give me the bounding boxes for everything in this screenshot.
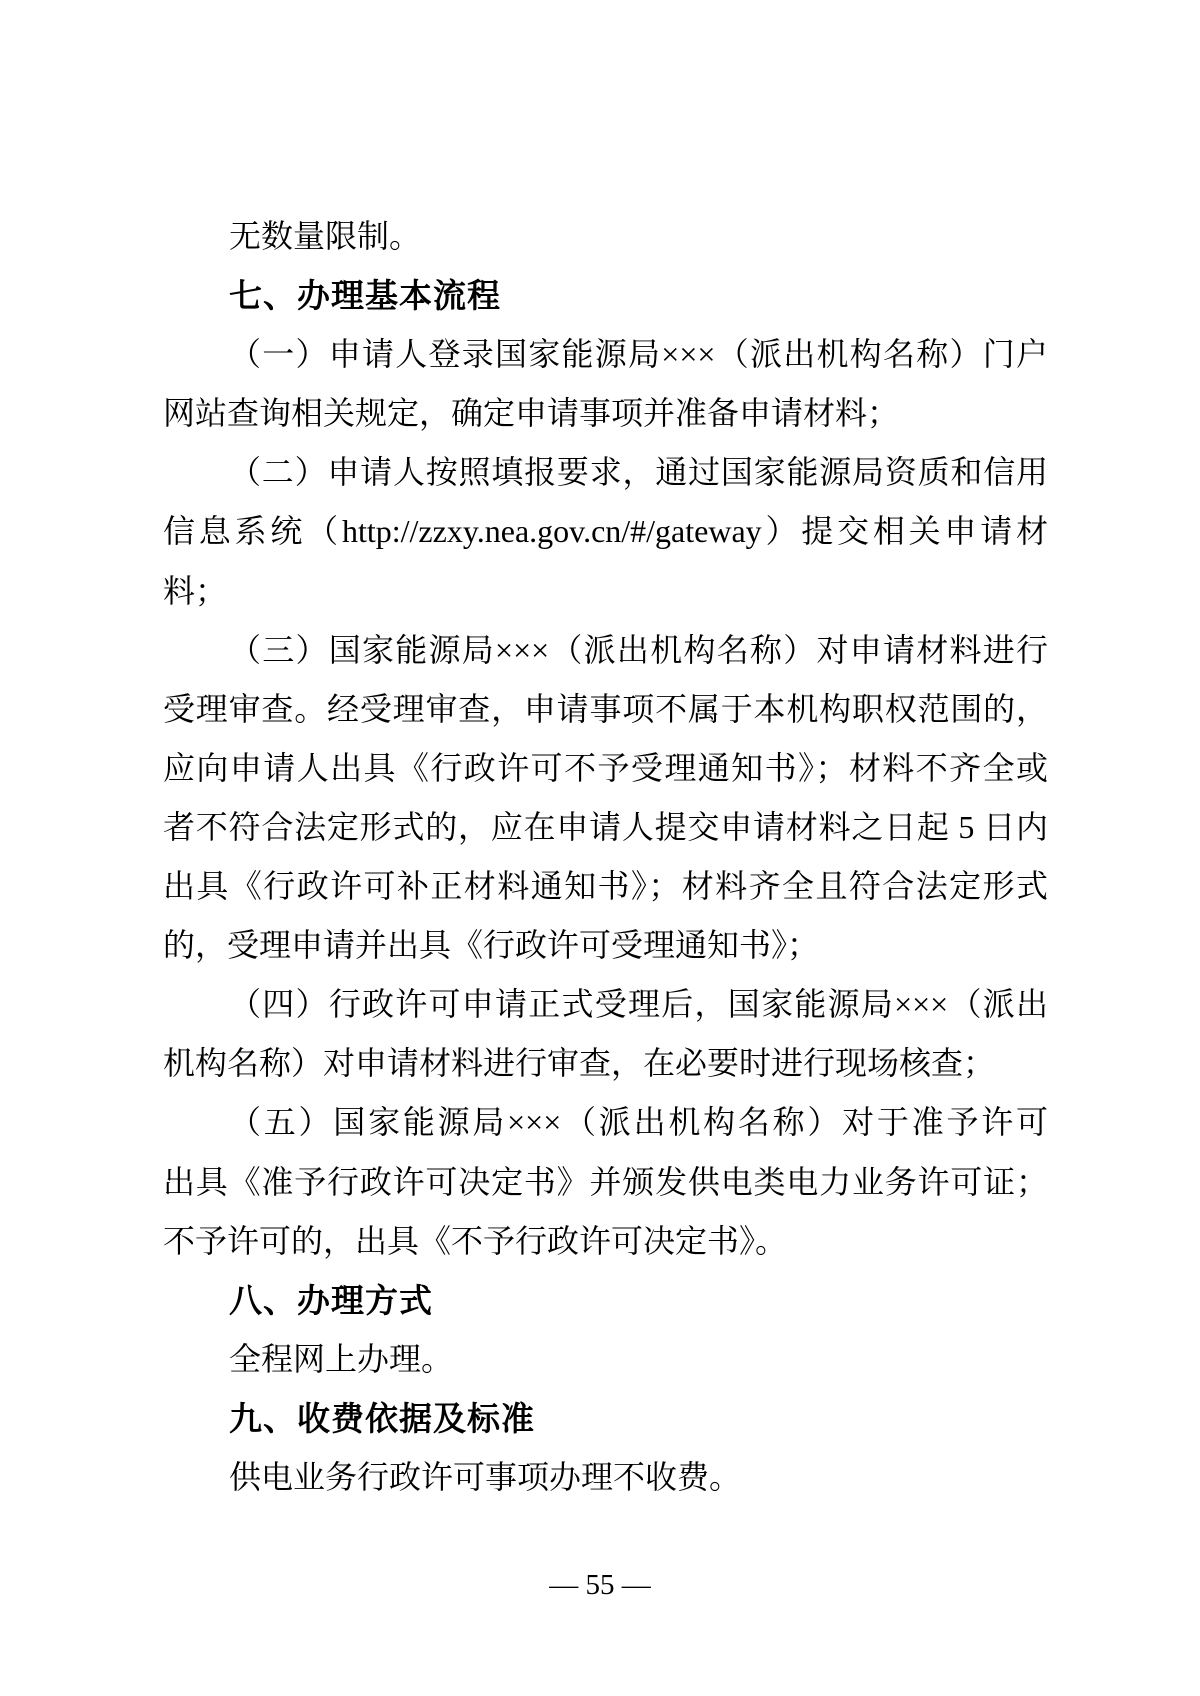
- section-heading: 九、收费依据及标准: [163, 1389, 1048, 1448]
- section-heading: 八、办理方式: [163, 1271, 1048, 1330]
- text-line: 应向申请人出具《行政许可不予受理通知书》；材料不齐全或: [163, 739, 1048, 798]
- text-line: 信息系统（http://zzxy.nea.gov.cn/#/gateway）提交…: [163, 502, 1048, 561]
- text-line: （二）申请人按照填报要求，通过国家能源局资质和信用: [163, 443, 1048, 502]
- text-line: 供电业务行政许可事项办理不收费。: [163, 1448, 1048, 1507]
- text-line: （五）国家能源局×××（派出机构名称）对于准予许可的，: [163, 1093, 1048, 1152]
- text-line: （四）行政许可申请正式受理后，国家能源局×××（派出: [163, 975, 1048, 1034]
- text-line: 受理审查。经受理审查，申请事项不属于本机构职权范围的，: [163, 680, 1048, 739]
- document-page: 无数量限制。七、办理基本流程（一）申请人登录国家能源局×××（派出机构名称）门户…: [0, 0, 1200, 1696]
- text-line: 网站查询相关规定，确定申请事项并准备申请材料；: [163, 384, 1048, 443]
- text-line: 出具《准予行政许可决定书》并颁发供电类电力业务许可证；: [163, 1153, 1048, 1212]
- text-line: 出具《行政许可补正材料通知书》；材料齐全且符合法定形式: [163, 857, 1048, 916]
- text-line: 无数量限制。: [163, 207, 1048, 266]
- page-number: — 55 —: [0, 1562, 1200, 1608]
- text-line: 者不符合法定形式的，应在申请人提交申请材料之日起 5 日内: [163, 798, 1048, 857]
- text-line: （一）申请人登录国家能源局×××（派出机构名称）门户: [163, 325, 1048, 384]
- text-line: 料；: [163, 562, 1048, 621]
- text-line: 的，受理申请并出具《行政许可受理通知书》；: [163, 916, 1048, 975]
- text-line: （三）国家能源局×××（派出机构名称）对申请材料进行: [163, 621, 1048, 680]
- text-line: 全程网上办理。: [163, 1330, 1048, 1389]
- text-line: 机构名称）对申请材料进行审查，在必要时进行现场核查；: [163, 1034, 1048, 1093]
- section-heading: 七、办理基本流程: [163, 266, 1048, 325]
- document-body: 无数量限制。七、办理基本流程（一）申请人登录国家能源局×××（派出机构名称）门户…: [163, 207, 1048, 1507]
- text-line: 不予许可的，出具《不予行政许可决定书》。: [163, 1212, 1048, 1271]
